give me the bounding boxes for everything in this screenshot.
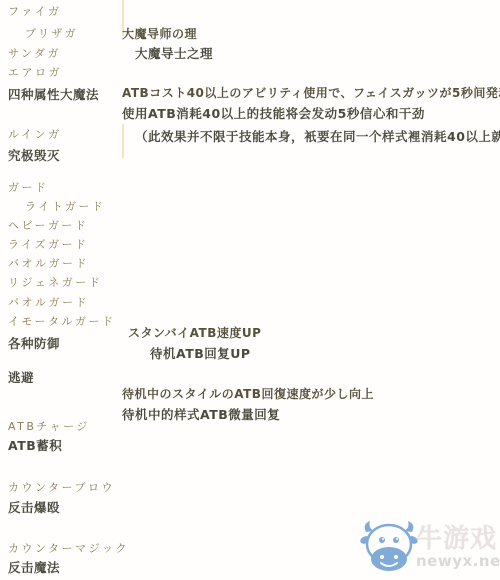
text-line: ライトガード — [25, 200, 105, 214]
text-line: 逃避 — [8, 371, 34, 385]
text-line: 待机中的样式ATB微量回复 — [122, 408, 280, 422]
text-line: 大魔导师の理 — [122, 27, 197, 41]
text-line: ファイガ — [8, 5, 61, 19]
text-line: 待机中のスタイルのATB回復速度が少し向上 — [122, 387, 374, 401]
page-background: { "colors": { "background": "#fffefd", "… — [0, 0, 500, 580]
text-line: 大魔导士之理 — [135, 47, 213, 61]
text-line: イモータルガード — [8, 315, 116, 329]
text-line: 待机ATB回复UP — [150, 347, 251, 361]
text-line: ATBチャージ — [8, 420, 90, 434]
text-line: ATBコスト40以上のアビリティ使用で、フェイスガッツが5秒间発动 — [122, 86, 500, 100]
text-line: ルインガ — [8, 128, 61, 142]
text-line: リジェネガード — [8, 276, 102, 290]
text-line: カウンターマジック — [8, 542, 129, 556]
column-divider — [122, 124, 124, 158]
text-line: ヘビーガード — [8, 219, 88, 233]
watermark-site-name: 牛游戏 — [416, 526, 500, 552]
text-line: スタンバイATB速度UP — [128, 326, 261, 340]
text-line: エアロガ — [8, 66, 62, 80]
text-line: （此效果并不限于技能本身，衹要在同一个样式裡消耗40以上就会发动） — [135, 130, 500, 144]
text-line: バオルガード — [8, 296, 89, 310]
text-line: カウンターブロウ — [8, 481, 115, 495]
text-line: サンダガ — [8, 47, 61, 61]
text-line: 四种属性大魔法 — [8, 88, 99, 102]
cow-mascot-icon — [358, 518, 420, 576]
text-line: 究极毁灭 — [8, 149, 60, 163]
text-line: ガード — [8, 181, 49, 195]
text-line: 使用ATB消耗40以上的技能将会发动5秒信心和干劲 — [122, 107, 425, 121]
text-line: 各种防御 — [8, 337, 60, 351]
text-line: ブリザガ — [25, 27, 78, 41]
watermark-site-url: newyx.net — [416, 554, 500, 569]
text-line: ATB蓄积 — [8, 439, 62, 453]
text-line: ライズガード — [8, 238, 89, 252]
document-canvas: ファイガブリザガ大魔导师の理サンダガ大魔导士之理エアロガ四种属性大魔法ATBコス… — [0, 0, 500, 580]
text-line: バオルガード — [8, 257, 89, 271]
text-line: 反击魔法 — [8, 561, 60, 575]
text-line: 反击爆殴 — [8, 501, 60, 515]
watermark: 牛游戏 newyx.net — [358, 516, 498, 578]
